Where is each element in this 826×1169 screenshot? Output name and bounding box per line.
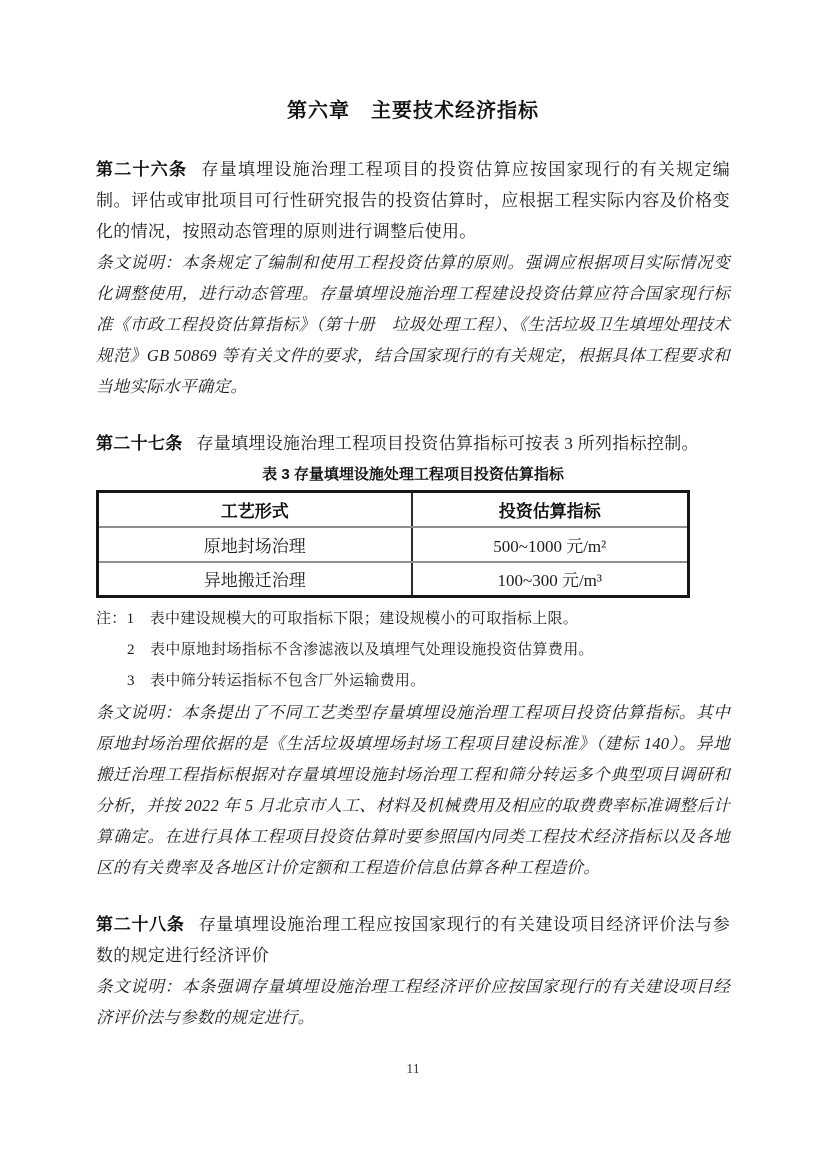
commentary-label: 条文说明： — [96, 977, 182, 996]
chapter-title: 第六章 主要技术经济指标 — [96, 96, 730, 126]
article-26-label: 第二十六条 — [96, 160, 187, 179]
table-notes: 注：1 表中建设规模大的可取指标下限；建设规模小的可取指标上限。 2 表中原地封… — [96, 604, 730, 697]
commentary-label: 条文说明： — [96, 703, 182, 722]
article-28-commentary: 条文说明：本条强调存量填埋设施治理工程经济评价应按国家现行的有关建设项目经济评价… — [96, 971, 730, 1033]
commentary-label: 条文说明： — [96, 253, 182, 272]
page-content: 第六章 主要技术经济指标 第二十六条存量填埋设施治理工程项目的投资估算应按国家现… — [0, 96, 826, 1033]
table-notes-label: 注： — [96, 611, 127, 627]
table-header-process: 工艺形式 — [98, 492, 412, 527]
article-27-label: 第二十七条 — [96, 434, 183, 453]
table-caption: 表 3 存量填埋设施处理工程项目投资估算指标 — [96, 461, 730, 489]
table-row: 原地封场治理 500~1000 元/m² — [98, 527, 689, 562]
table-note-line: 2 表中原地封场指标不含渗滤液以及填埋气处理设施投资估算费用。 — [96, 635, 730, 666]
article-28-label: 第二十八条 — [96, 915, 185, 934]
table-cell-indicator: 100~300 元/m³ — [412, 562, 689, 597]
table-note-line: 3 表中筛分转运指标不包含厂外运输费用。 — [96, 666, 730, 697]
table-cell-indicator: 500~1000 元/m² — [412, 527, 689, 562]
table-row: 异地搬迁治理 100~300 元/m³ — [98, 562, 689, 597]
article-27-body: 存量填埋设施治理工程项目投资估算指标可按表 3 所列指标控制。 — [197, 434, 699, 453]
commentary-text: 本条强调存量填埋设施治理工程经济评价应按国家现行的有关建设项目经济评价法与参数的… — [96, 977, 730, 1027]
commentary-text: 本条规定了编制和使用工程投资估算的原则。强调应根据项目实际情况变化调整使用，进行… — [96, 253, 730, 396]
investment-indicator-table: 工艺形式 投资估算指标 原地封场治理 500~1000 元/m² 异地搬迁治理 … — [96, 490, 690, 598]
page-number: 11 — [0, 1062, 826, 1078]
article-28-body: 存量填埋设施治理工程应按国家现行的有关建设项目经济评价法与参数的规定进行经济评价 — [96, 915, 730, 965]
table-header-row: 工艺形式 投资估算指标 — [98, 492, 689, 527]
article-28-paragraph: 第二十八条存量填埋设施治理工程应按国家现行的有关建设项目经济评价法与参数的规定进… — [96, 909, 730, 971]
article-26-body: 存量填埋设施治理工程项目的投资估算应按国家现行的有关规定编制。评估或审批项目可行… — [96, 160, 730, 241]
table-cell-process: 异地搬迁治理 — [98, 562, 412, 597]
commentary-text: 本条提出了不同工艺类型存量填埋设施治理工程项目投资估算指标。其中原地封场治理依据… — [96, 703, 730, 877]
table-note-1: 1 表中建设规模大的可取指标下限；建设规模小的可取指标上限。 — [127, 611, 579, 627]
article-26-commentary: 条文说明：本条规定了编制和使用工程投资估算的原则。强调应根据项目实际情况变化调整… — [96, 247, 730, 402]
table-cell-process: 原地封场治理 — [98, 527, 412, 562]
article-27-paragraph: 第二十七条存量填埋设施治理工程项目投资估算指标可按表 3 所列指标控制。 — [96, 428, 730, 459]
table-note-line: 注：1 表中建设规模大的可取指标下限；建设规模小的可取指标上限。 — [96, 604, 730, 635]
article-26-paragraph: 第二十六条存量填埋设施治理工程项目的投资估算应按国家现行的有关规定编制。评估或审… — [96, 154, 730, 247]
table-header-indicator: 投资估算指标 — [412, 492, 689, 527]
document-page: 第六章 主要技术经济指标 第二十六条存量填埋设施治理工程项目的投资估算应按国家现… — [0, 0, 826, 1169]
article-27-commentary: 条文说明：本条提出了不同工艺类型存量填埋设施治理工程项目投资估算指标。其中原地封… — [96, 697, 730, 883]
